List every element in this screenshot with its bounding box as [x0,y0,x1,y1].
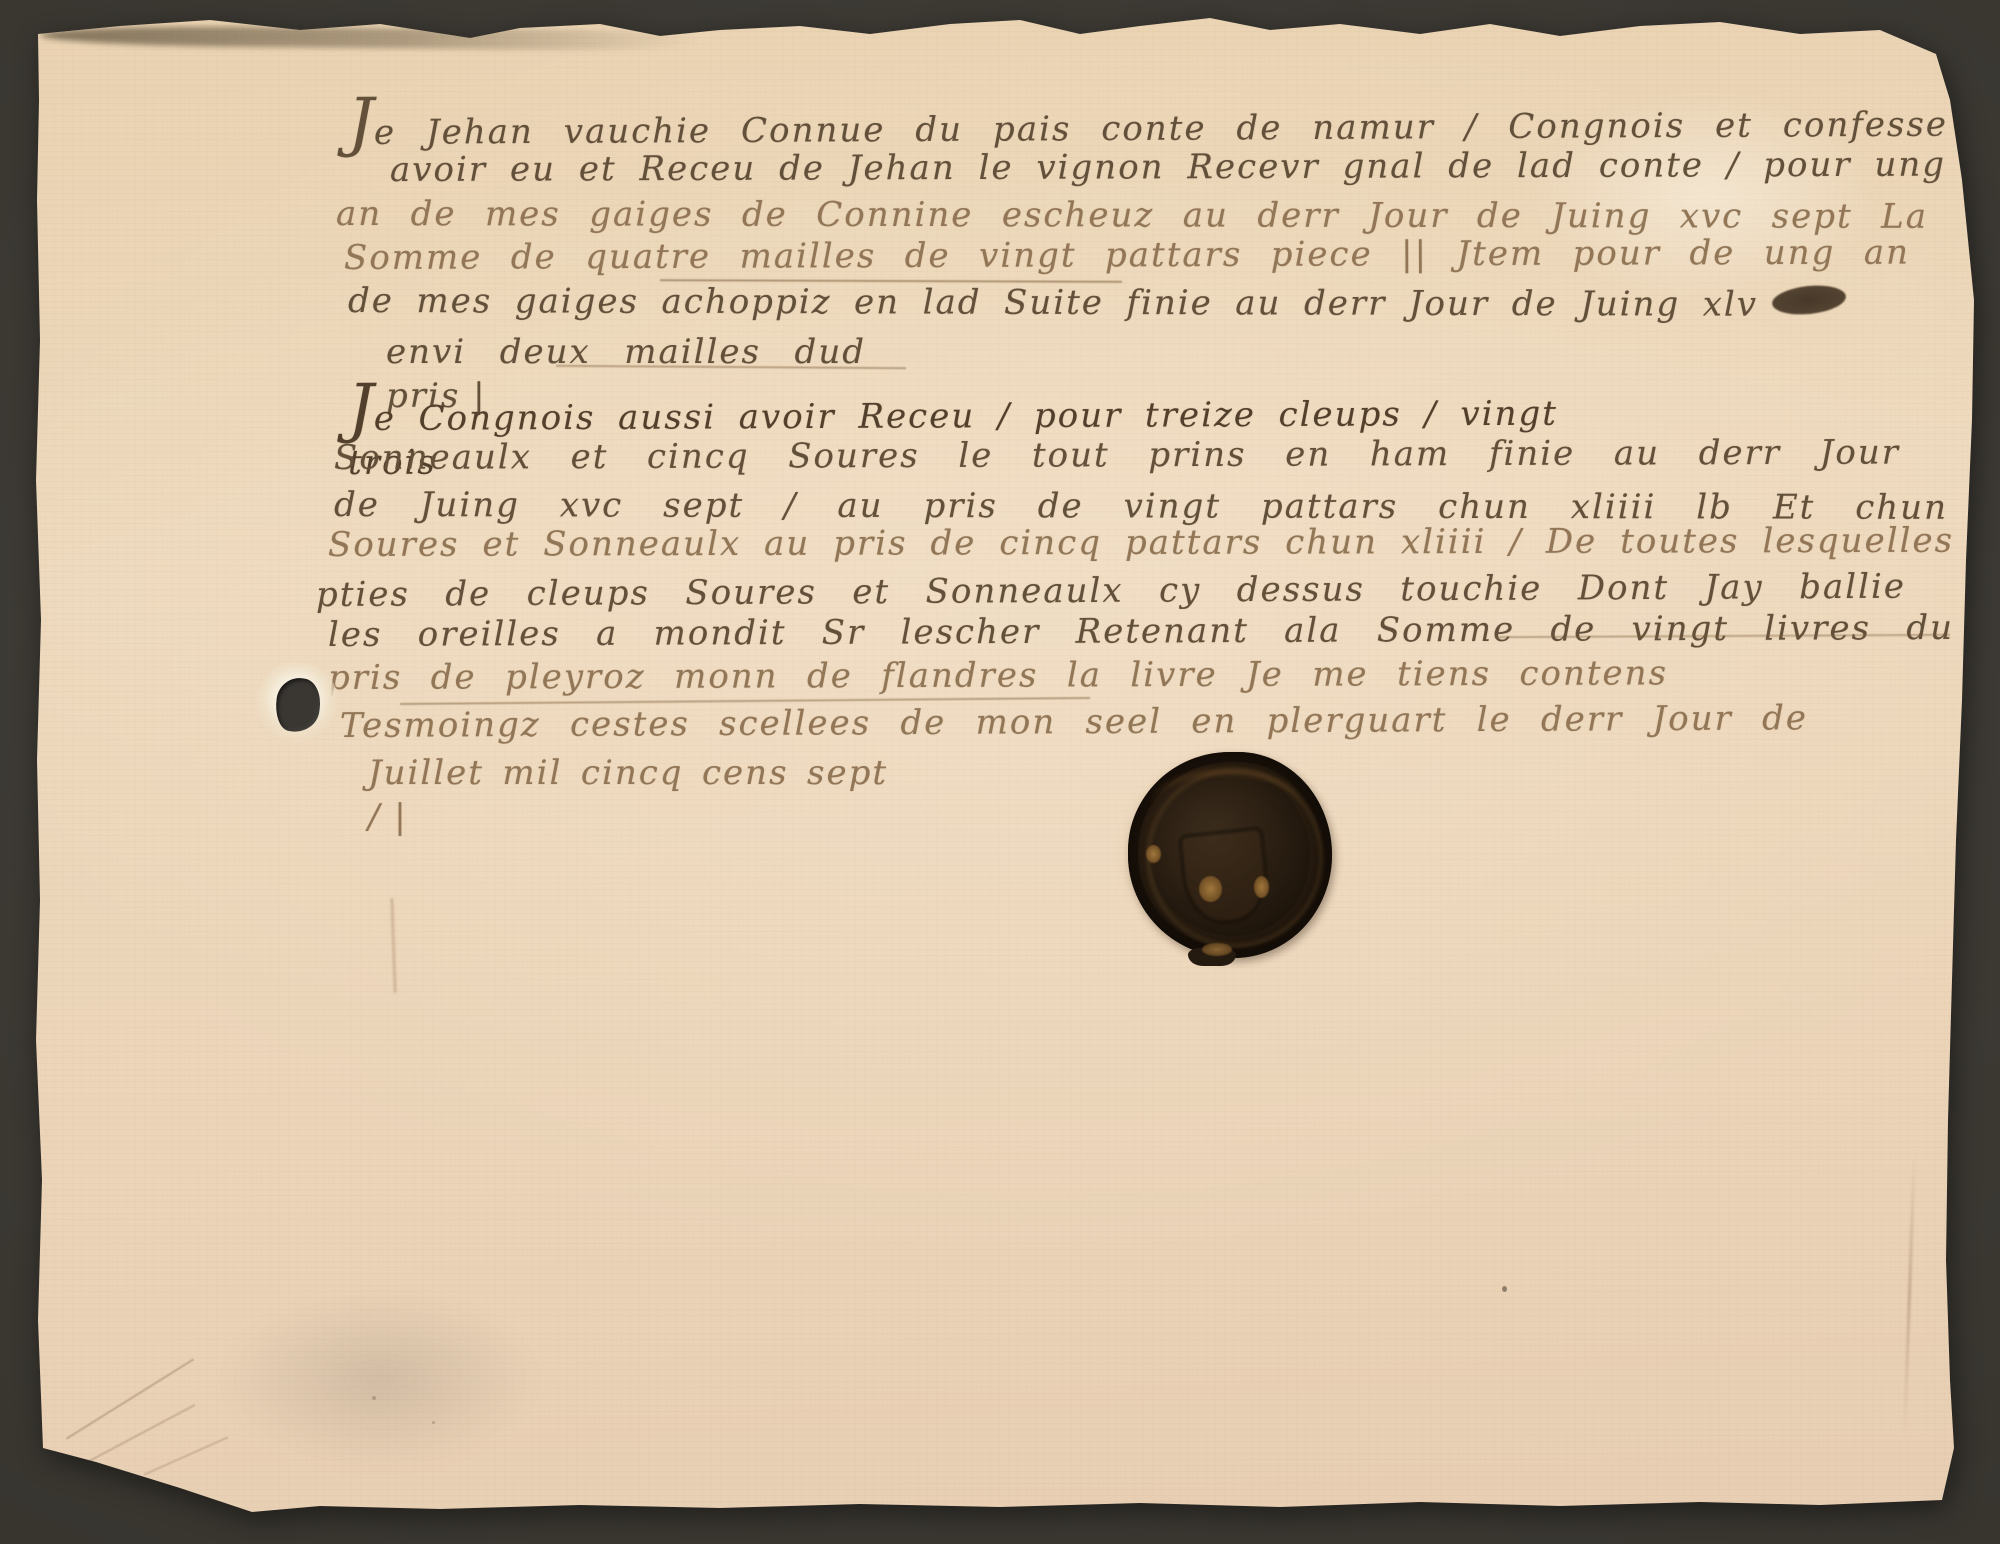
manuscript-line: Soures et Sonneaulx au pris de cincq pat… [328,519,1954,567]
manuscript-line: pris de pleyroz monn de flandres la livr… [328,651,1668,700]
manuscript-line: Tesmoingz cestes scellees de mon seel en… [340,696,1808,748]
wax-chip-highlight [1202,943,1232,956]
manuscript-line: les oreilles a mondit Sr lescher Retenan… [328,606,1954,657]
manuscript-line: de mes gaiges achoppiz en lad Suite fini… [348,279,1758,327]
manuscript-line: Somme de quatre mailles de vingt pattars… [344,231,1910,280]
manuscript-sheet: Je Jehan vauchie Connue du pais conte de… [0,0,2000,1544]
paper-shadow-wrap: Je Jehan vauchie Connue du pais conte de… [0,0,2000,1544]
wax-chip-highlight [1146,845,1161,863]
photo-backdrop: Je Jehan vauchie Connue du pais conte de… [0,0,2000,1544]
handwritten-text-block: Je Jehan vauchie Connue du pais conte de… [0,0,2000,1544]
wax-chip-highlight [1254,876,1269,898]
manuscript-line: Sonneaulx et cincq Soures le tout prins … [334,431,1900,480]
manuscript-line: Juillet mil cincq cens sept / | [368,751,888,839]
manuscript-line: avoir eu et Receu de Jehan le vignon Rec… [390,143,1946,192]
wax-chip-highlight [1199,876,1222,902]
